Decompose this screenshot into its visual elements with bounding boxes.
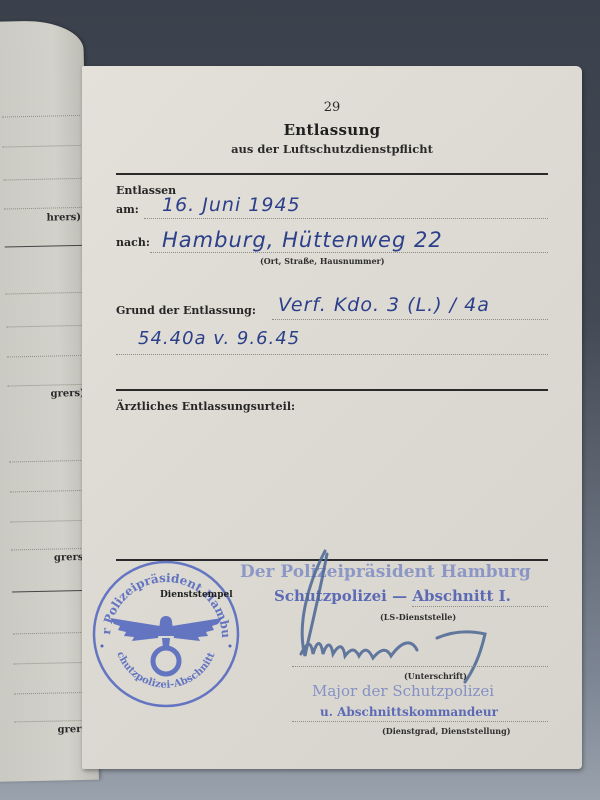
official-seal-stamp: Der Polizeipräsident Hamburg Schutzpoliz…	[90, 558, 242, 710]
rule	[5, 245, 83, 248]
address-value: Hamburg, Hüttenweg 22	[162, 228, 443, 252]
edge-label: grers)	[50, 388, 84, 400]
dotted-line	[14, 692, 92, 695]
page-subtitle: aus der Luftschutzdienstpflicht	[82, 142, 582, 156]
page-number: 29	[82, 100, 582, 115]
reason-value-line2: 54.40a v. 9.6.45	[138, 328, 300, 349]
dotted-line	[8, 384, 86, 387]
section-rule	[116, 389, 548, 391]
rank-stamp-line1: Major der Schutzpolizei	[312, 682, 494, 700]
dotted-line	[6, 325, 84, 328]
dotted-line	[272, 319, 548, 320]
dotted-line	[144, 218, 548, 219]
unterschrift-hint: (Unterschrift)	[404, 671, 467, 681]
dotted-line	[292, 721, 548, 722]
discharge-date-value: 16. Juni 1945	[162, 194, 301, 216]
signature	[287, 546, 547, 686]
dotted-line	[15, 720, 93, 723]
dotted-line	[4, 207, 82, 210]
dotted-line	[10, 490, 88, 493]
dotted-line	[150, 252, 548, 253]
rank-hint: (Dienstgrad, Dienststellung)	[382, 726, 510, 736]
rank-stamp-line2: u. Abschnittskommandeur	[320, 705, 498, 719]
dotted-line	[10, 520, 88, 523]
dienststempel-label: Dienststempel	[160, 590, 233, 600]
medical-label: Ärztliches Entlassungsurteil:	[116, 400, 295, 413]
document-page: 29 Entlassung aus der Luftschutzdienstpf…	[82, 66, 582, 769]
grund-label: Grund der Entlassung:	[116, 304, 256, 317]
dotted-line	[9, 460, 87, 463]
dotted-line	[13, 632, 91, 635]
am-label: am:	[116, 203, 139, 216]
dotted-line	[7, 355, 85, 358]
page-title: Entlassung	[82, 121, 582, 139]
address-hint: (Ort, Straße, Hausnummer)	[260, 256, 385, 266]
dotted-line	[11, 548, 89, 551]
dotted-line	[2, 115, 80, 118]
nach-label: nach:	[116, 236, 150, 249]
dotted-line	[13, 662, 91, 665]
dotted-line	[3, 178, 81, 181]
dotted-line	[3, 145, 81, 148]
reason-value-line1: Verf. Kdo. 3 (L.) / 4a	[278, 294, 490, 316]
dotted-line	[6, 292, 84, 295]
section-rule	[116, 173, 548, 175]
dotted-line	[292, 666, 548, 667]
edge-label: hrers)	[46, 212, 81, 224]
dotted-line	[116, 354, 548, 355]
rule	[12, 590, 90, 593]
